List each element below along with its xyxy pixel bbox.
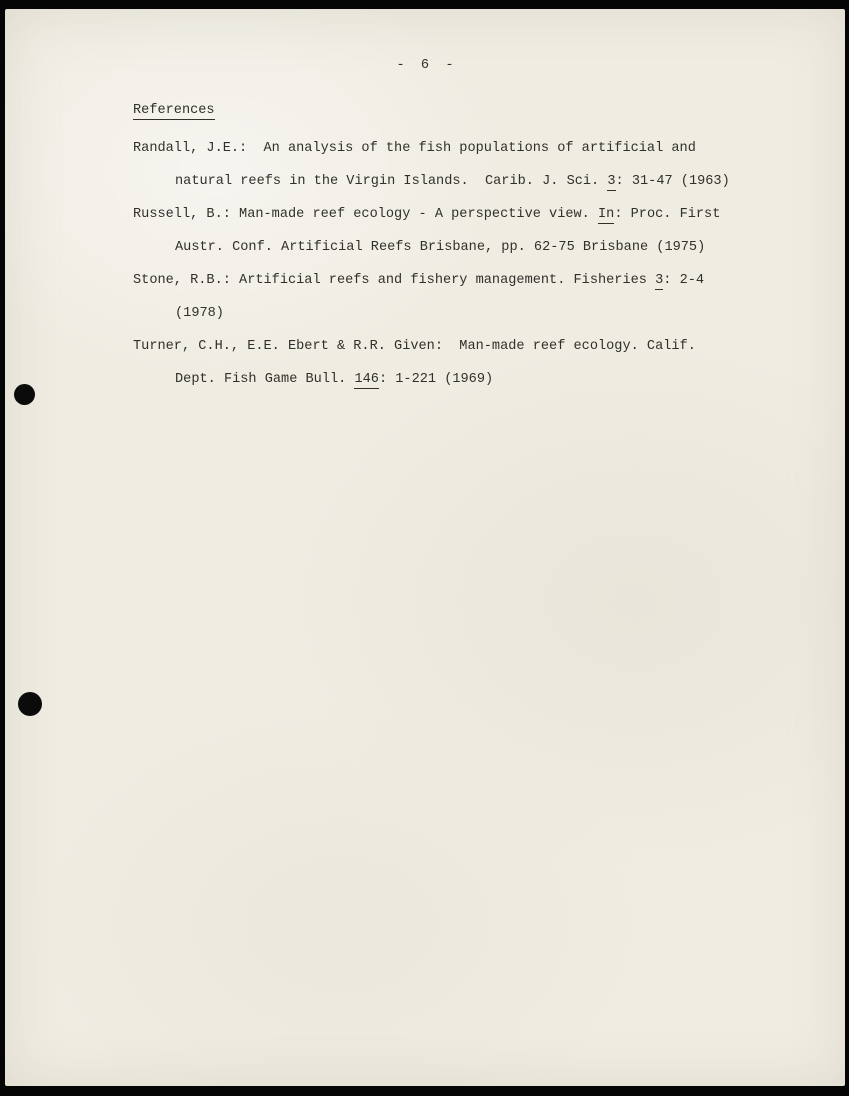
reference-text: Randall, J.E.: An analysis of the fish p… bbox=[133, 141, 696, 156]
reference-text: Austr. Conf. Artificial Reefs Brisbane, … bbox=[175, 240, 705, 255]
reference-text: : 1-221 (1969) bbox=[379, 372, 493, 387]
underlined-text: 146 bbox=[354, 372, 378, 389]
underlined-text: In bbox=[598, 207, 614, 224]
reference-entry: Russell, B.: Man-made reef ecology - A p… bbox=[133, 198, 730, 264]
reference-text: : 31-47 (1963) bbox=[616, 174, 730, 189]
reference-line: Russell, B.: Man-made reef ecology - A p… bbox=[133, 198, 730, 231]
reference-line: Turner, C.H., E.E. Ebert & R.R. Given: M… bbox=[133, 330, 730, 363]
reference-text: (1978) bbox=[175, 306, 224, 321]
references-list: Randall, J.E.: An analysis of the fish p… bbox=[133, 132, 730, 396]
references-heading: References bbox=[133, 94, 215, 127]
page-number: - 6 - bbox=[5, 49, 845, 82]
scanned-page: - 6 - References Randall, J.E.: An analy… bbox=[5, 9, 845, 1086]
reference-text: Turner, C.H., E.E. Ebert & R.R. Given: M… bbox=[133, 339, 696, 354]
reference-line: Dept. Fish Game Bull. 146: 1-221 (1969) bbox=[133, 363, 730, 396]
reference-entry: Stone, R.B.: Artificial reefs and fisher… bbox=[133, 264, 730, 330]
reference-text: natural reefs in the Virgin Islands. Car… bbox=[175, 174, 607, 189]
reference-entry: Turner, C.H., E.E. Ebert & R.R. Given: M… bbox=[133, 330, 730, 396]
reference-line: Austr. Conf. Artificial Reefs Brisbane, … bbox=[133, 231, 730, 264]
reference-text: : Proc. First bbox=[614, 207, 720, 222]
reference-text: Russell, B.: Man-made reef ecology - A p… bbox=[133, 207, 598, 222]
references-heading-text: References bbox=[133, 103, 215, 120]
reference-text: : 2-4 bbox=[663, 273, 704, 288]
reference-line: Randall, J.E.: An analysis of the fish p… bbox=[133, 132, 730, 165]
reference-text: Stone, R.B.: Artificial reefs and fisher… bbox=[133, 273, 655, 288]
reference-line: (1978) bbox=[133, 297, 730, 330]
underlined-text: 3 bbox=[607, 174, 615, 191]
reference-line: Stone, R.B.: Artificial reefs and fisher… bbox=[133, 264, 730, 297]
hole-punch-mark bbox=[18, 692, 42, 716]
reference-line: natural reefs in the Virgin Islands. Car… bbox=[133, 165, 730, 198]
reference-entry: Randall, J.E.: An analysis of the fish p… bbox=[133, 132, 730, 198]
reference-text: Dept. Fish Game Bull. bbox=[175, 372, 354, 387]
hole-punch-mark bbox=[14, 384, 35, 405]
